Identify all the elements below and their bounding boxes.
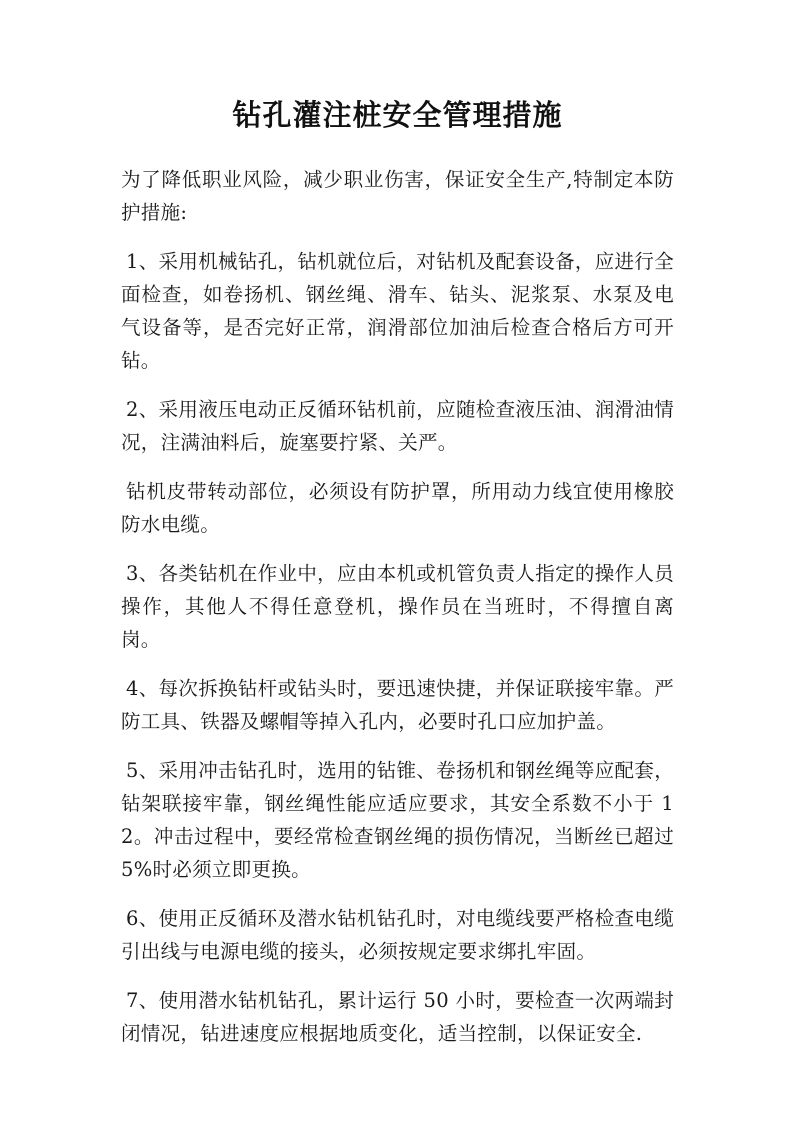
measure-1-paragraph: 1、采用机械钻孔，钻机就位后，对钻机及配套设备，应进行全面检查，如卷扬机、钢丝绳…	[121, 245, 674, 377]
document-body: 为了降低职业风险，减少职业伤害，保证安全生产,特制定本防护措施: 1、采用机械钻…	[121, 163, 674, 1066]
belt-guard-paragraph: 钻机皮带转动部位，必须设有防护罩，所用动力线宜使用橡胶防水电缆。	[121, 475, 674, 541]
measure-3-paragraph: 3、各类钻机在作业中，应由本机或机管负责人指定的操作人员操作，其他人不得任意登机…	[121, 557, 674, 656]
measure-6-paragraph: 6、使用正反循环及潜水钻机钻孔时，对电缆线要严格检查电缆引出线与电源电缆的接头，…	[121, 902, 674, 968]
measure-2-paragraph: 2、采用液压电动正反循环钻机前，应随检查液压油、润滑油情况，注满油料后，旋塞要拧…	[121, 393, 674, 459]
intro-paragraph: 为了降低职业风险，减少职业伤害，保证安全生产,特制定本防护措施:	[121, 163, 674, 229]
measure-4-paragraph: 4、每次拆换钻杆或钻头时，要迅速快捷，并保证联接牢靠。严防工具、铁器及螺帽等掉入…	[121, 672, 674, 738]
measure-5-paragraph: 5、采用冲击钻孔时，选用的钻锥、卷扬机和钢丝绳等应配套，钻架联接牢靠，钢丝绳性能…	[121, 754, 674, 886]
document-title: 钻孔灌注桩安全管理措施	[121, 95, 674, 135]
measure-7-paragraph: 7、使用潜水钻机钻孔，累计运行 50 小时，要检查一次两端封闭情况，钻进速度应根…	[121, 984, 674, 1050]
